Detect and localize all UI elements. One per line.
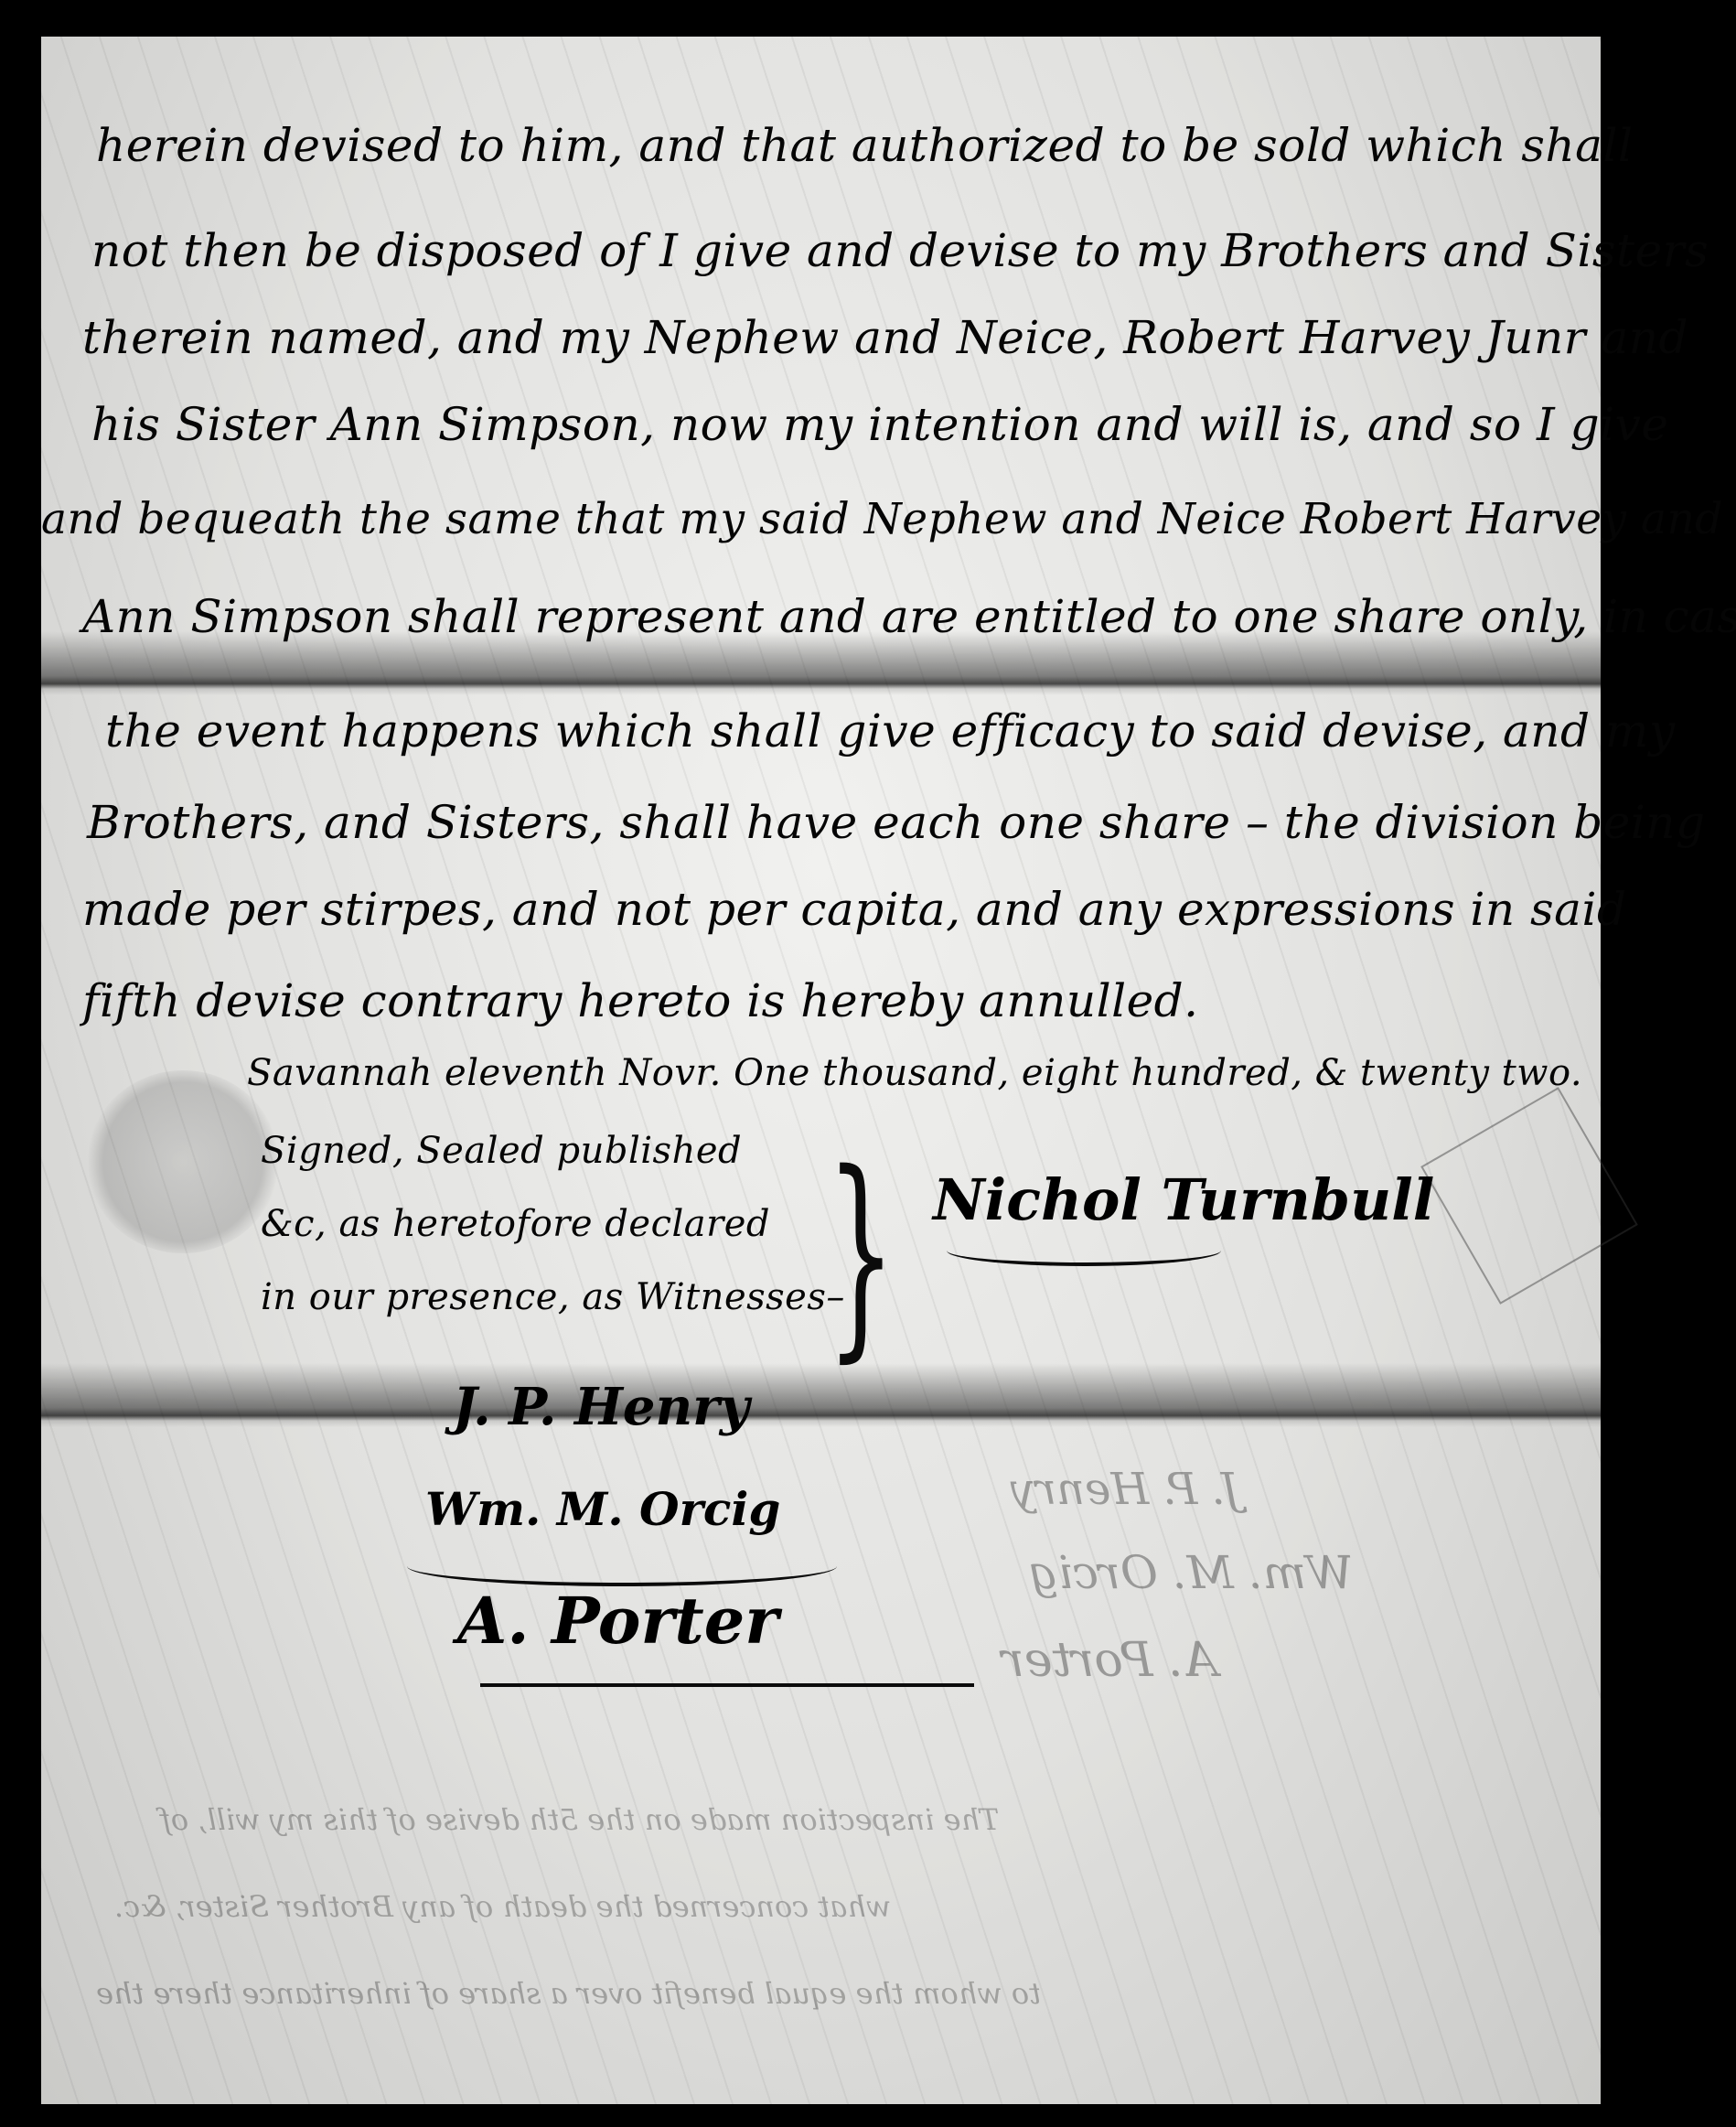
signature-flourish [947,1235,1221,1266]
body-line-3: therein named, and my Nephew and Neice, … [82,311,1688,364]
body-line-5: and bequeath the same that my said Nephe… [41,494,1723,544]
witness-signature-2: Wm. M. Orcig [425,1482,780,1536]
witness-signature-1: J. P. Henry [453,1377,749,1437]
body-line-9: made per stirpes, and not per capita, an… [82,883,1626,936]
faint-reverse-line: The inspection made on the 5th devise of… [160,1802,999,1837]
body-line-4: his Sister Ann Simpson, now my intention… [91,398,1668,451]
signature-flourish [407,1546,837,1586]
body-line-1: herein devised to him, and that authoriz… [96,119,1633,172]
witness-signature-3: A. Porter [457,1583,778,1659]
dateline: Savannah eleventh Novr. One thousand, ei… [247,1052,1582,1094]
bleed-through-square [1420,1087,1638,1305]
seal-stain [87,1070,279,1253]
body-line-10: fifth devise contrary hereto is hereby a… [82,974,1199,1027]
body-line-8: Brothers, and Sisters, shall have each o… [87,796,1706,849]
body-line-2: not then be disposed of I give and devis… [91,224,1709,277]
testator-signature: Nichol Turnbull [933,1166,1434,1233]
attestation-line-1: Signed, Sealed published [261,1130,742,1172]
faint-reverse-line: to whom the equal benefit over a share o… [96,1976,1041,2011]
fold-line [41,1363,1601,1427]
document-page: herein devised to him, and that authoriz… [41,37,1601,2104]
body-line-7: the event happens which shall give effic… [105,704,1676,757]
bleed-through-signature: J. P. Henry [1011,1464,1239,1515]
signature-underline [480,1683,974,1687]
bleed-through-signature: A. Porter [1002,1633,1217,1688]
bleed-through-signature: Wm. M. Orcig [1029,1546,1353,1599]
faint-reverse-line: what concerned the death of any Brother … [114,1889,891,1924]
brace-glyph: } [826,1144,895,1363]
body-line-6: Ann Simpson shall represent and are enti… [82,590,1736,643]
attestation-line-3: in our presence, as Witnesses– [261,1276,845,1318]
attestation-line-2: &c, as heretofore declared [261,1203,770,1245]
